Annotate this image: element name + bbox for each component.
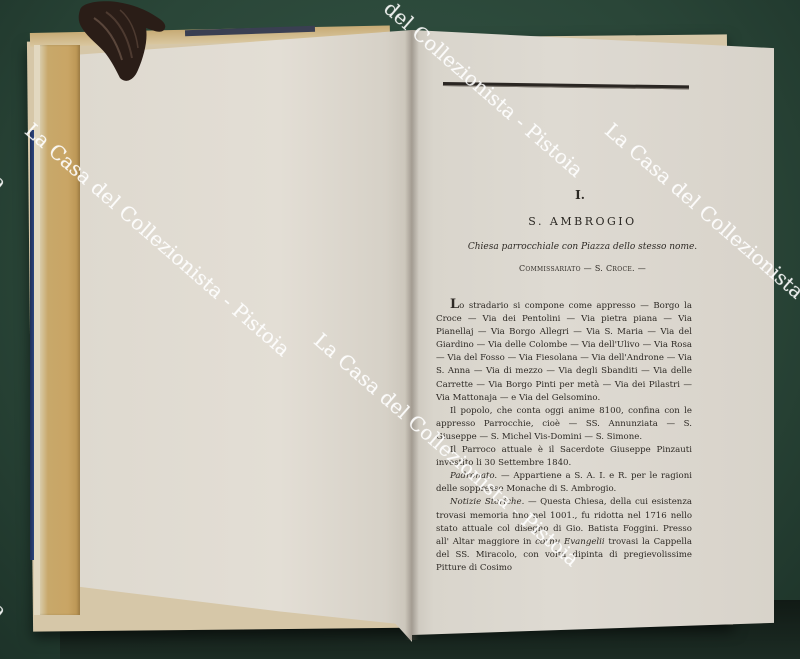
chapter-title: S. AMBROGIO — [470, 215, 695, 228]
chapter-subtitle: Chiesa parrocchiale con Piazza dello ste… — [450, 242, 715, 252]
paragraph-lead: Padronato. — [450, 471, 497, 481]
paragraph-text: o stradario si compone come appresso — B… — [436, 301, 692, 403]
chapter-number: I. — [560, 188, 600, 202]
paragraph-history: Notizie Storiche. — Questa Chiesa, della… — [436, 496, 692, 575]
glove-hand-icon — [72, 0, 167, 85]
paragraph-patronage: Padronato. — Appartiene a S. A. I. e R. … — [436, 470, 692, 496]
paragraph-italic: cornu Evangelii — [535, 537, 605, 547]
drop-cap: L — [450, 297, 459, 312]
paragraph-streets: Lo stradario si compone come appresso — … — [436, 298, 692, 405]
district-line: Commissariato — S. Croce. — — [470, 264, 695, 273]
paragraph-parish-priest: Il Parroco attuale è il Sacerdote Giusep… — [436, 444, 692, 470]
body-text: Lo stradario si compone come appresso — … — [436, 298, 692, 575]
book-gutter — [405, 30, 419, 640]
paragraph-lead: Notizie Storiche. — [450, 497, 524, 507]
paragraph-population: Il popolo, che conta oggi anime 8100, co… — [436, 405, 692, 444]
paragraph-text: Il Parroco attuale è il Sacerdote Giusep… — [436, 445, 692, 468]
left-page — [80, 30, 412, 642]
paragraph-text: Il popolo, che conta oggi anime 8100, co… — [436, 406, 692, 442]
endpaper — [40, 45, 80, 615]
